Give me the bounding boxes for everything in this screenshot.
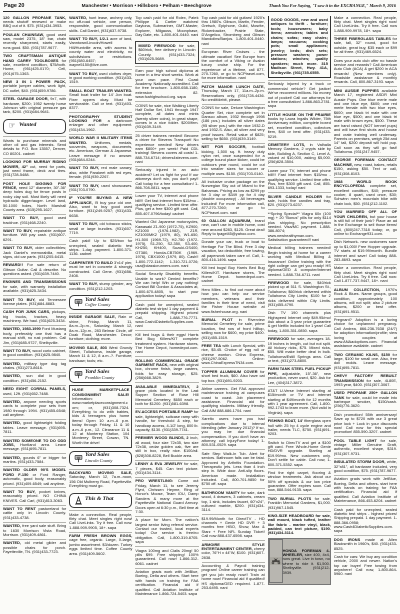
classified-ad: SMALL BOAT TRAILER WANTED. Small boat tr… bbox=[69, 86, 132, 112]
classified-ad: A place for Mom. The nation's largest se… bbox=[135, 516, 198, 546]
classified-ad: POULAN CHAINSAW, good used saw, model 23… bbox=[3, 30, 66, 52]
classified-ad: WANTED, sun dial in good condition. (931… bbox=[3, 372, 66, 385]
classified-ad: WANT TO BUY, older collectibles; Jack Da… bbox=[3, 244, 66, 261]
classified-ad: Cash paid for unexpired, sealed diabetic… bbox=[334, 505, 397, 535]
classified-ad: PHOTOGRAPHY STUDENT LOOKING FOR a darkro… bbox=[69, 112, 132, 134]
section-header-this-that: This & That bbox=[69, 493, 132, 508]
classified-ad: USED PROPANE 250+ GALLON TANK for sale, … bbox=[334, 389, 397, 411]
classified-ad: $19.99/Month for DirectTV - HD channels … bbox=[202, 514, 265, 540]
classified-ad: LITTLE HOUSE ON THE PRAIRIE books by Lau… bbox=[268, 110, 331, 140]
classified-ad: MOVING SALE, 803 West Grundy Street, Tul… bbox=[69, 343, 132, 365]
classified-ad: WANT TO BUY, 1/2-1 acre of land, Vanntow… bbox=[69, 35, 132, 70]
classified-ad: Kill bed bugs & their eggs! Harris Bed B… bbox=[135, 330, 198, 356]
classified-ad: WANTED, good lightweight folding tables.… bbox=[3, 419, 66, 436]
classified-ad: POST HOLE DIGGING FOR FENCE, need 12" di… bbox=[3, 179, 66, 214]
classified-ad: LENNY & EVA JEWELRY for sale, 7 pieces, … bbox=[135, 460, 198, 477]
classified-ad: **Spring Special** Viagra 60x (100 mg) +… bbox=[268, 209, 331, 244]
classified-ad: NET FOR SOCCER, football kicking, 1,500 … bbox=[202, 143, 265, 178]
classified-ad: WANT TO BUY, old tobacco sticks, small o… bbox=[69, 220, 132, 237]
classified-ad: Dish promotion! 55th anniversary! Save u… bbox=[334, 410, 397, 436]
classified-ad: Top cash paid for old Rolex, Patek Phili… bbox=[135, 14, 198, 39]
classified-ad: Hero Miles - to find out more about how … bbox=[202, 285, 265, 315]
classified-ad: Make a connection. Real people, flirty c… bbox=[334, 264, 397, 286]
classified-ad: Kill bed bugs! Buy Harris Bed Bug Killer… bbox=[202, 264, 265, 286]
classified-ad: Aviation grads work with JetBlue, Boeing… bbox=[334, 475, 397, 505]
classified-ad: 120 GALLON PROPANE TANK, needs shutoff r… bbox=[3, 14, 66, 30]
classified-ad: WANTED, free yard sale stuff. Bring to 1… bbox=[3, 522, 66, 539]
classified-ad: European River Cruises - the ultimate va… bbox=[202, 48, 265, 83]
classified-ad: TWO CERAMIC KILNS, $150 for large, $100 … bbox=[334, 350, 397, 372]
classified-ad: Earn your high school diploma at home in… bbox=[135, 66, 198, 101]
classified-ad: Medical billing trainees needed! Begin t… bbox=[268, 244, 331, 279]
photo-ad-caption: HONDA FOREMAN 4-WHEELER, size 400, 4x4, … bbox=[283, 549, 330, 575]
classified-ad: PRO WRESTLING: Come out Friday, March 11… bbox=[135, 477, 198, 516]
classified-ad: Lower your TV, internet and phone bill!!… bbox=[268, 166, 331, 192]
classified-ad: Xarelto users have you had complications… bbox=[202, 415, 265, 450]
classified-ad: COINS for sale, nice Walking Liberty Hal… bbox=[135, 101, 198, 131]
classified-ad: WANTED SOMEONE TO DO ODD JOBS, Huntland … bbox=[3, 436, 66, 453]
column-2: WANTED, hunt lease, archery only, no off… bbox=[69, 14, 132, 557]
atv-photo bbox=[269, 539, 283, 583]
classified-ad: 25 driver trainees needed! Become a driv… bbox=[135, 131, 198, 166]
classified-ad: WANT TO BUY, used clothes dryer, in good… bbox=[69, 69, 132, 86]
classified-ad: ARMOIRE STYLE ENTERTAINMENT CENTER, cher… bbox=[202, 540, 265, 562]
classified-ad: FIREWOOD for sale, averages 18-19 inches… bbox=[268, 335, 331, 365]
classified-ad: WANTED, military type dog tag chains. (9… bbox=[3, 359, 66, 372]
classified-ad: AT&T U-Verse Internet starting at $15/mo… bbox=[268, 386, 331, 416]
page-number: Page 20 bbox=[4, 3, 24, 9]
classified-ad: ROLLING COMMERCIAL GRADE GARMENT RACK, n… bbox=[135, 356, 198, 382]
classified-ad: Safe Step Walk-In Tub. Alert for seniors… bbox=[202, 449, 265, 488]
classified-ad: Donate your car, truck or boat to Herita… bbox=[202, 238, 265, 264]
classified-ad: Cash for cars: We buy any condition vehi… bbox=[334, 552, 397, 578]
classified-ad: Social Security Disability benefits. Una… bbox=[135, 270, 198, 300]
classified-ad: Pregnant? Adoption is a loving choice fo… bbox=[334, 316, 397, 351]
classified-ad: ENGINES AND TRANSMISSIONS for sale, with… bbox=[3, 278, 66, 295]
classified-ad: WANTED, gourds 6" or bigger for martins.… bbox=[3, 453, 66, 466]
classified-ad: BACKYARD MOVING SALE, Saturday, March 12… bbox=[69, 469, 132, 491]
section-title: Yard SalesFranklin County bbox=[85, 370, 114, 380]
classified-ad: CARPENTER TO BUILD 3'x14' pier, must be … bbox=[69, 258, 132, 280]
classified-ad: Find the right carpet, flooring & window… bbox=[268, 468, 331, 494]
section-label: Wanted bbox=[19, 123, 36, 129]
classified-ad: DOG IRONS made at Allen Blacksmith in 19… bbox=[334, 535, 397, 552]
columns: 120 GALLON PROPANE TANK, needs shutoff r… bbox=[3, 14, 397, 598]
column-6: Make a connection. Real people, flirty c… bbox=[334, 14, 397, 578]
column-5: GOOD GOODS, new and used antiques to thr… bbox=[268, 14, 331, 587]
classified-ad: Wants to purchase minerals and other oil… bbox=[3, 136, 66, 158]
classified-ad: TOPPER ALUMINUM COVER for short bed truc… bbox=[202, 367, 265, 384]
classified-ad: PREMIER WOOD BLINDS, 2 inch, all wood, f… bbox=[135, 434, 198, 460]
section-title: Yard SalesLincoln County bbox=[85, 453, 112, 463]
section-sublabel: Lincoln County bbox=[85, 459, 112, 464]
classified-ad: CASH FOR JUNK CARS, pickups, big trucks,… bbox=[3, 308, 66, 325]
classified-ad: Dish TV 190 channels plus Highspeed Inte… bbox=[268, 309, 331, 335]
classified-ad: STEEL GARAGE DOOR, 9x7, with hardware, $… bbox=[3, 95, 66, 117]
yard-sale-icon bbox=[73, 453, 83, 463]
classified-ad: NEW 3 IN 1 POWER PACK, portable jumper c… bbox=[3, 78, 66, 95]
column-4: Top cash paid for old guitars! 1920's th… bbox=[202, 14, 265, 592]
classified-ad: WANTED, hunt lease, archery only, no off… bbox=[69, 14, 132, 35]
classified-ad: HUGE MARKETPLACE CONSIGNMENT SALE! Infor… bbox=[69, 385, 132, 448]
column-3: Top cash paid for old Rolex, Patek Phili… bbox=[135, 14, 198, 598]
classified-ad: PATCH MANOR LUNCH DATE, Thursday, March … bbox=[202, 82, 265, 104]
classified-ad: WANT TO BUY, old Tennessee license plate… bbox=[3, 295, 66, 308]
classified-ad: 60 GALLON AQUARIUM, brand new, can't use… bbox=[202, 216, 265, 238]
section-label: This & That bbox=[85, 497, 113, 503]
classified-ad: POOL TABLE LIGHT for sale, vintage Mille… bbox=[334, 436, 397, 458]
classified-ad: MIXED FIREWOOD for sale, $60/rick, free … bbox=[135, 41, 198, 65]
classified-ad: Cash paid! Up to $25/box for unexpired, … bbox=[69, 237, 132, 259]
classified-ad: 1988 WORLD BOOK ENCYCLOPEDIA complete se… bbox=[334, 177, 397, 207]
cone-icon bbox=[73, 495, 83, 505]
classified-ad: WANT TO BUY, good used trackhoe. (931)46… bbox=[3, 214, 66, 227]
classified-ad: WANTED, old metal glider and possible ch… bbox=[3, 539, 66, 556]
classified-ad: IF YOU'RE BUYING A NEW APPLIANCE, I'll b… bbox=[69, 194, 132, 220]
classified-ad: Dish Network- new customers save up to $… bbox=[334, 238, 397, 264]
section-sublabel: Franklin County bbox=[85, 376, 114, 381]
section-header-yard-sales-coffee-county: Yard SalesCoffee County bbox=[69, 295, 132, 310]
classified-ad: WORLD WAR II MILITARY ITEMS WANTED. Unif… bbox=[69, 134, 132, 164]
classified-ad: Aviation grads work with JetBlue, Boeing… bbox=[135, 568, 198, 598]
classified-ad: CEMETERY LOTS, in Valhalla Memory Garden… bbox=[268, 140, 331, 166]
classified-ad: Cash paid for unexpired, sealed diabetic… bbox=[135, 300, 198, 330]
classified-ad: LOOKING FOR MURRAY RIDING MOWER, 42" cut… bbox=[3, 158, 66, 180]
classified-ad: BATHROOM VANITY for sale, dark wood, 4 d… bbox=[202, 488, 265, 514]
classified-ad: COINS for sale, Deluxe Washington Quarte… bbox=[202, 104, 265, 143]
classified-ad: Make a connection. Real people, flirty c… bbox=[334, 14, 397, 35]
classified-ad: CHEVY FACTORY REBUILT TRANSMISSION for s… bbox=[334, 372, 397, 389]
classified-ad: WANTED OLDER 90'S MODEL FORD F-150 or Fo… bbox=[3, 466, 66, 488]
classified-ad: BURIAL PLOT in Riverview Memorial Cemete… bbox=[202, 316, 265, 342]
classified-ad: FIREWOOD for sale, $40/rick picked up at… bbox=[268, 279, 331, 309]
classified-ad: Airline careers. Get FAA approved mainte… bbox=[202, 384, 265, 414]
classified-ad: WANTED, anyone needing sports cards to c… bbox=[3, 397, 66, 419]
section-header-yard-sales-franklin-county: Yard SalesFranklin County bbox=[69, 367, 132, 382]
classified-ad: FREE TEA with Lunch Special, with rice, … bbox=[202, 341, 265, 367]
classified-ad: MINI AUSSIE PUPPIES available March 17, … bbox=[334, 86, 397, 156]
classified-ad: KING-SIZE HEADBOARD for sale, wall mount… bbox=[268, 511, 331, 537]
classified-ad: ALBUM COLLECTION, 1970's Rock & Blues. N… bbox=[334, 285, 397, 315]
region-line: Manchester • Morrison • Hillsboro • Pelh… bbox=[82, 4, 212, 9]
page-header: Page 20 Manchester • Morrison • Hillsbor… bbox=[3, 2, 397, 12]
section-header-yard-sales-lincoln-county: Yard SalesLincoln County bbox=[69, 451, 132, 466]
hand-icon: ☞ bbox=[7, 121, 17, 131]
classified-ad: YOU MARRIED OFF ALL OF YOUR CHILDREN, bu… bbox=[334, 208, 397, 238]
section-title: Wanted bbox=[19, 123, 36, 129]
classified-ad: EV-ACCESS PORTABLE RAMP for sale, lightw… bbox=[135, 408, 198, 434]
column-1: 120 GALLON PROPANE TANK, needs shutoff r… bbox=[3, 14, 66, 556]
section-title: This & That bbox=[85, 497, 113, 503]
classified-ad: NEED EIGHT CORRAL PANELS, used, 12ft. (9… bbox=[3, 385, 66, 398]
classified-ad: Wanted Old Japanese motorcycles, Kawasak… bbox=[135, 218, 198, 270]
classified-ad: SILVER CANDLE HOLDER for sale, holds fiv… bbox=[268, 192, 331, 209]
section-header-wanted: ☞Wanted bbox=[3, 119, 66, 134]
classified-ad: TWO BURIAL PLOTS for sale, Franklin Memo… bbox=[268, 494, 331, 511]
classified-ad: FISHING BOAT, 14' fiberglass open hull w… bbox=[268, 417, 331, 439]
classified-ad: Viagra 100mg and Cialis 20mg! 50 pills $… bbox=[135, 546, 198, 568]
classified-ad: Switch to DirecTV and get a $100 gift ca… bbox=[268, 438, 331, 468]
classified-ad: Seriously injured in an auto accident? L… bbox=[135, 166, 198, 192]
classified-ad: WANT TO BUY, pocket knives, reasonably p… bbox=[3, 487, 66, 504]
classified-ad: FARM TANK STEEL FUEL PICKUP PIPE, adjust… bbox=[268, 365, 331, 387]
classified-ad: WANT TO RENT pastureland for cattle only… bbox=[3, 505, 66, 522]
classified-ad: WANT TO BUY, wood curio cabinet, in good… bbox=[3, 346, 66, 359]
yard-sale-icon bbox=[73, 370, 83, 380]
classified-ad: REWARD!! For safe return of Gibson Guita… bbox=[3, 261, 66, 278]
classified-ad: GEORGE FOREMAN CONTACT MACHINE, new, roa… bbox=[334, 156, 397, 178]
masthead-tagline: Thank You For Saying, "I saw it in the E… bbox=[269, 3, 396, 8]
classified-ad: Does your auto club offer no hassle serv… bbox=[334, 56, 397, 86]
classified-ad: INSIDE GARAGE SALE, Rain or shine, Frida… bbox=[69, 313, 132, 343]
yard-sale-icon bbox=[73, 298, 83, 308]
classified-ad: Accounting & Payroll training program! O… bbox=[202, 562, 265, 592]
section-sublabel: Coffee County bbox=[85, 303, 110, 308]
classified-ad: TWO CRAFTSMAN ANTIQUE HAND CARRY TOOLBOX… bbox=[3, 52, 66, 78]
classified-ad: WANT TO BUY, used showcases. (931)703-07… bbox=[69, 181, 132, 194]
classified-ad: WANT TO BUY, red male canary; also, whit… bbox=[69, 164, 132, 181]
newspaper-page: Page 20 Manchester • Morrison • Hillsbor… bbox=[0, 0, 400, 614]
classified-ad: THREE FIBERGLASS TABLES for sale, tall, … bbox=[334, 35, 397, 57]
classified-ad: INSULATED STORM DOOR, white, 32"x81", al… bbox=[334, 458, 397, 475]
classified-ad: FARM FRESH BROWN EGGS, cage free, organi… bbox=[69, 532, 132, 558]
classified-ad: Make a connection. Real people, flirty c… bbox=[69, 510, 132, 532]
classified-ad: All inclusive cruise package on the Norw… bbox=[202, 177, 265, 216]
classified-ad: WANTED, 1983-1990 Ford Mustang body, pre… bbox=[3, 325, 66, 347]
classified-ad: Top cash paid for old guitars! 1920's th… bbox=[202, 14, 265, 48]
classified-ad: Lower your TV, internet and phone bill!!… bbox=[135, 192, 198, 218]
section-title: Yard SalesCoffee County bbox=[85, 298, 110, 308]
classified-ad: WANT TO BUY, stump grinder, any conditio… bbox=[69, 280, 132, 293]
classified-ad: GOOD GOODS, new and used antiques to thr… bbox=[268, 16, 331, 78]
classified-ad: AVAILABLE IMMEDIATELY, 2 grave plots loc… bbox=[135, 382, 198, 408]
classified-ad: WANT TO BUY, repairable antique furnitur… bbox=[3, 227, 66, 244]
classified-ad: Seriously injured by a truck or commerci… bbox=[268, 80, 331, 110]
classified-ad: HONDA FOREMAN 4-WHEELER, size 400, 4x4, … bbox=[268, 538, 331, 585]
